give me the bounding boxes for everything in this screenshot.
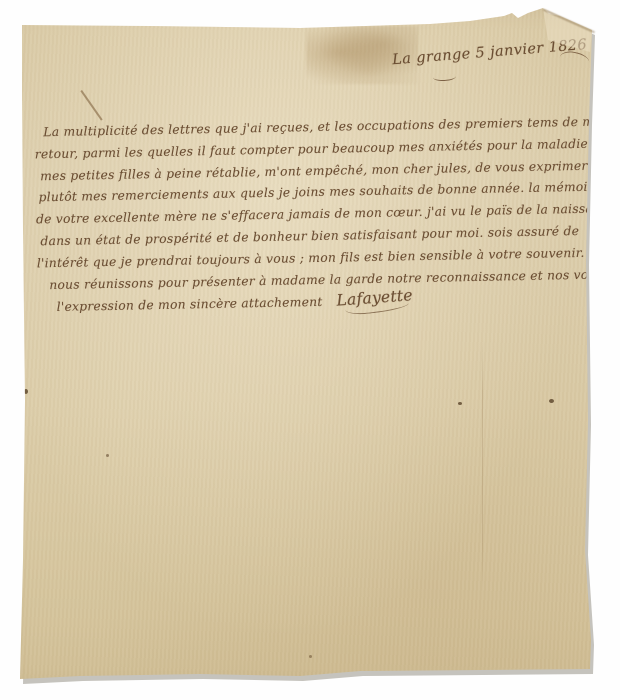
foxing-speck [309,655,312,658]
dateline-underline [433,75,456,81]
closing-line: l'expression de mon sincère attachement [57,292,323,319]
foxing-speck [549,399,554,403]
paper-crease [482,342,483,592]
photo-background: La grange 5 janvier 1826 La multiplicité… [0,0,620,700]
signature: Lafayette [336,286,414,313]
foxing-speck [106,454,109,457]
letter-paper: La grange 5 janvier 1826 La multiplicité… [0,0,620,700]
paper-scratch [81,90,103,120]
letter-body: La multiplicité des lettres que j'ai reç… [34,112,596,320]
foxing-speck [458,402,462,405]
foxing-speck [24,389,28,394]
